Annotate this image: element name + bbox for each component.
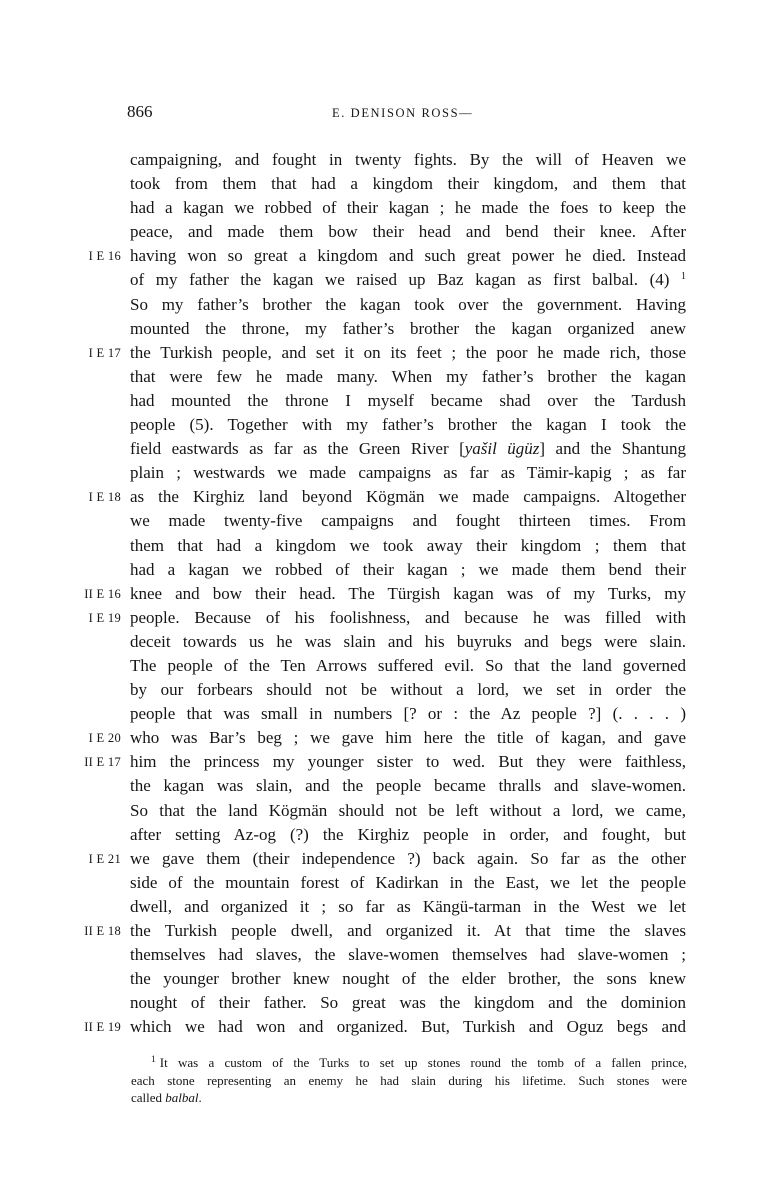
text-line: them that had a kingdom we took away the… [130,534,686,558]
margin-reference: II E 17 [84,750,121,774]
italic-term: yašil ügüz [465,439,540,458]
text-line: themselves had slaves, the slave-women t… [130,943,686,967]
margin-reference: I E 21 [89,847,121,871]
text-line: field eastwards as far as the Green Rive… [130,437,686,461]
line-text: had a kagan we robbed of their kagan ; w… [130,558,686,582]
line-text: by our forbears should not be without a … [130,678,686,702]
line-text: dwell, and organized it ; so far as Käng… [130,895,686,919]
text-line: II E 17him the princess my younger siste… [130,750,686,774]
footnote-line: called balbal. [131,1089,687,1107]
text-line: peace, and made them bow their head and … [130,220,686,244]
line-text: that were few he made many. When my fath… [130,365,686,389]
line-text: knee and bow their head. The Türgish kag… [130,582,686,606]
text-line: So my father’s brother the kagan took ov… [130,293,686,317]
line-text: field eastwards as far as the Green Rive… [130,437,686,461]
line-text: plain ; westwards we made campaigns as f… [130,461,686,485]
line-text: had a kagan we robbed of their kagan ; h… [130,196,686,220]
line-text: people. Because of his foolishness, and … [130,606,686,630]
line-text: which we had won and organized. But, Tur… [130,1015,686,1039]
text-line: took from them that had a kingdom their … [130,172,686,196]
line-text: So that the land Kögmän should not be le… [130,799,686,823]
footnote-line: each stone representing an enemy he had … [131,1072,687,1090]
line-text: mounted the throne, my father’s brother … [130,317,686,341]
line-text-main: of my father the kagan we raised up Baz … [130,270,669,289]
margin-reference: I E 17 [89,341,121,365]
text-line: had a kagan we robbed of their kagan ; h… [130,196,686,220]
margin-reference: II E 18 [84,919,121,943]
line-text-pre: field eastwards as far as the Green Rive… [130,439,465,458]
footnote-text-pre: called [131,1090,165,1105]
text-line: people (5). Together with my father’s br… [130,413,686,437]
text-line: of my father the kagan we raised up Baz … [130,268,686,292]
line-text: took from them that had a kingdom their … [130,172,686,196]
text-line: the kagan was slain, and the people beca… [130,774,686,798]
footnote-line: 1It was a custom of the Turks to set up … [131,1054,687,1072]
text-line: had mounted the throne I myself became s… [130,389,686,413]
footnote: 1It was a custom of the Turks to set up … [131,1054,687,1107]
margin-reference: I E 16 [89,244,121,268]
line-text: the kagan was slain, and the people beca… [130,774,686,798]
line-text: nought of their father. So great was the… [130,991,686,1015]
line-text: after setting Az-og (?) the Kirghiz peop… [130,823,686,847]
line-text: of my father the kagan we raised up Baz … [130,268,686,292]
line-text: the Turkish people dwell, and organized … [130,919,686,943]
line-text: So my father’s brother the kagan took ov… [130,293,686,317]
text-line: I E 20who was Bar’s beg ; we gave him he… [130,726,686,750]
text-line: mounted the throne, my father’s brother … [130,317,686,341]
text-line: the younger brother knew nought of the e… [130,967,686,991]
line-text: deceit towards us he was slain and his b… [130,630,686,654]
text-line: The people of the Ten Arrows suffered ev… [130,654,686,678]
margin-reference: I E 20 [89,726,121,750]
text-line: deceit towards us he was slain and his b… [130,630,686,654]
line-text: had mounted the throne I myself became s… [130,389,686,413]
page-number: 866 [127,102,153,122]
text-line: side of the mountain forest of Kadirkan … [130,871,686,895]
text-line: I E 19people. Because of his foolishness… [130,606,686,630]
line-text: them that had a kingdom we took away the… [130,534,686,558]
text-line: that were few he made many. When my fath… [130,365,686,389]
footnote-reference[interactable]: 1 [681,271,686,282]
text-line: by our forbears should not be without a … [130,678,686,702]
text-line: II E 19which we had won and organized. B… [130,1015,686,1039]
line-text: having won so great a kingdom and such g… [130,244,686,268]
text-line: after setting Az-og (?) the Kirghiz peop… [130,823,686,847]
line-text: campaigning, and fought in twenty fights… [130,148,686,172]
body-text: campaigning, and fought in twenty fights… [130,148,686,1039]
line-text: we made twenty-five campaigns and fought… [130,509,686,533]
line-text: the younger brother knew nought of the e… [130,967,686,991]
line-text: him the princess my younger sister to we… [130,750,686,774]
margin-reference: I E 19 [89,606,121,630]
line-text: people that was small in numbers [? or :… [130,702,686,726]
margin-reference: I E 18 [89,485,121,509]
text-line: I E 18as the Kirghiz land beyond Kögmän … [130,485,686,509]
text-line: people that was small in numbers [? or :… [130,702,686,726]
line-text: the Turkish people, and set it on its fe… [130,341,686,365]
footnote-text-main: It was a custom of the Turks to set up s… [160,1055,687,1070]
line-text: peace, and made them bow their head and … [130,220,686,244]
footnote-text: each stone representing an enemy he had … [131,1072,687,1090]
line-text: people (5). Together with my father’s br… [130,413,686,437]
margin-reference: II E 19 [84,1015,121,1039]
text-line: plain ; westwards we made campaigns as f… [130,461,686,485]
margin-reference: II E 16 [84,582,121,606]
text-line: I E 21we gave them (their independence ?… [130,847,686,871]
line-text-post: ] and the Shantung [539,439,686,458]
text-line: we made twenty-five campaigns and fought… [130,509,686,533]
line-text: as the Kirghiz land beyond Kögmän we mad… [130,485,686,509]
line-text: who was Bar’s beg ; we gave him here the… [130,726,686,750]
running-head: E. Denison Ross— [332,105,473,121]
text-line: II E 18the Turkish people dwell, and org… [130,919,686,943]
text-line: campaigning, and fought in twenty fights… [130,148,686,172]
text-line: II E 16knee and bow their head. The Türg… [130,582,686,606]
line-text: side of the mountain forest of Kadirkan … [130,871,686,895]
italic-term: balbal [165,1090,198,1105]
text-line: So that the land Kögmän should not be le… [130,799,686,823]
text-line: dwell, and organized it ; so far as Käng… [130,895,686,919]
footnote-text: called balbal. [131,1089,687,1107]
footnote-text-post: . [199,1090,202,1105]
footnote-text: 1It was a custom of the Turks to set up … [131,1054,687,1072]
text-line: I E 17the Turkish people, and set it on … [130,341,686,365]
line-text: The people of the Ten Arrows suffered ev… [130,654,686,678]
line-text: themselves had slaves, the slave-women t… [130,943,686,967]
line-text: we gave them (their independence ?) back… [130,847,686,871]
footnote-mark: 1 [151,1055,156,1065]
text-line: had a kagan we robbed of their kagan ; w… [130,558,686,582]
text-line: I E 16having won so great a kingdom and … [130,244,686,268]
text-line: nought of their father. So great was the… [130,991,686,1015]
